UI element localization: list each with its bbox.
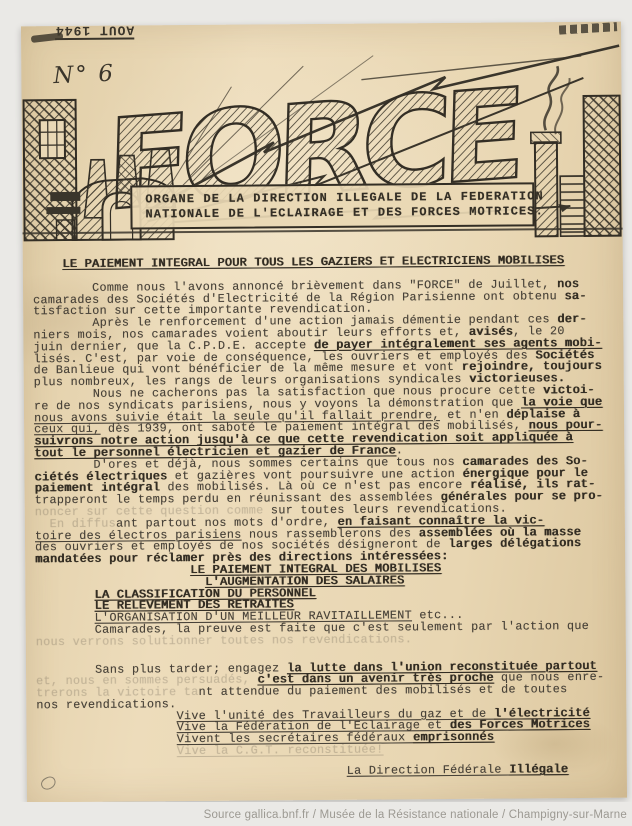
article-line: Vive la C.G.T. reconstituée! bbox=[37, 743, 621, 759]
footer-source-text: Source gallica.bnf.fr / Musée de la Rési… bbox=[204, 809, 627, 821]
newspaper-page: FORCE AOUT 1944 N° 6 ORGANE DE LA DIRECT… bbox=[21, 22, 627, 803]
footer-source-bar: Source gallica.bnf.fr / Musée de la Rési… bbox=[0, 802, 632, 826]
issue-number: N° 6 bbox=[53, 61, 116, 90]
article-line: La Direction Fédérale Illégale bbox=[37, 764, 621, 780]
corner-smudge-mark bbox=[559, 22, 617, 34]
article-body: LE PAIEMENT INTEGRAL POUR TOUS LES GAZIE… bbox=[33, 255, 621, 780]
subtitle-line-2: NATIONALE DE L'ECLAIRAGE ET DES FORCES M… bbox=[145, 204, 532, 222]
subtitle-box: ORGANE DE LA DIRECTION ILLEGALE DE LA FE… bbox=[130, 182, 534, 229]
factory-right-illustration bbox=[530, 66, 620, 237]
scanned-document-viewport: FORCE AOUT 1944 N° 6 ORGANE DE LA DIRECT… bbox=[0, 0, 632, 826]
issue-date: AOUT 1944 bbox=[55, 22, 134, 38]
article-line: LE PAIEMENT INTEGRAL POUR TOUS LES GAZIE… bbox=[33, 255, 617, 271]
article-line: nous verrons solutionner toutes nos reve… bbox=[36, 632, 620, 648]
